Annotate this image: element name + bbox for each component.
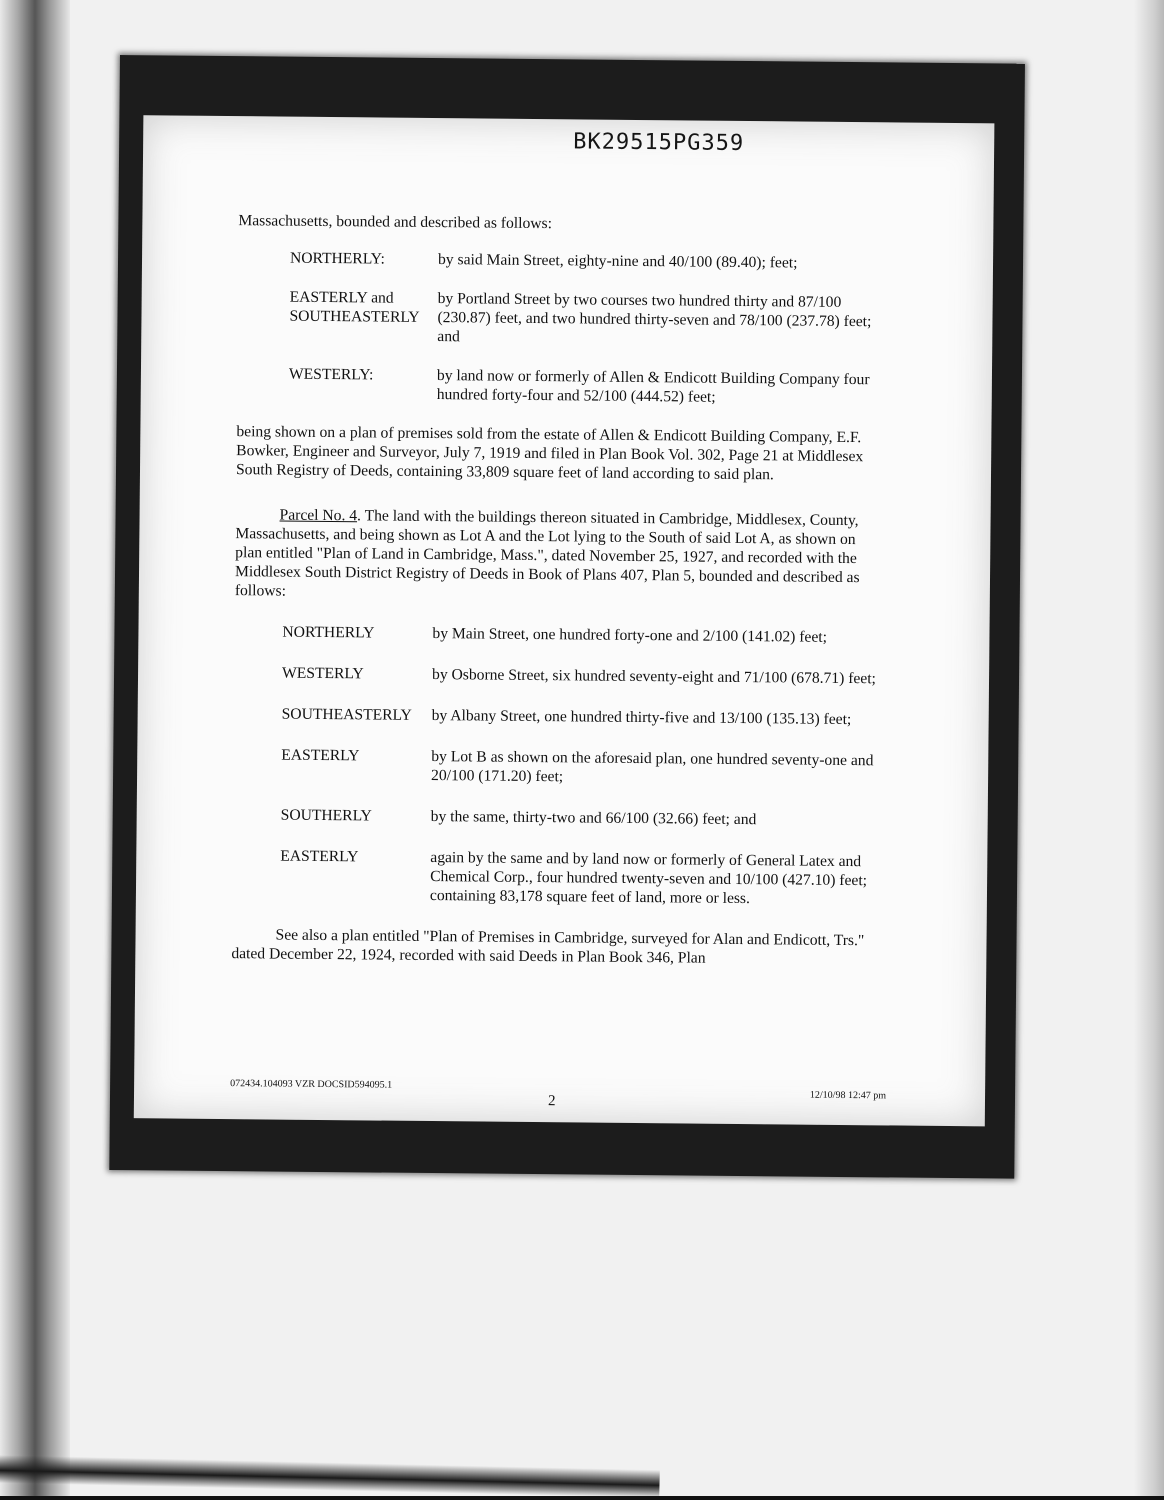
bound-description: by Osborne Street, six hundred seventy-e… xyxy=(432,665,882,688)
document-body: Massachusetts, bounded and described as … xyxy=(231,211,886,969)
bound-direction: EASTERLY and SOUTHEASTERLY xyxy=(289,288,438,346)
bound-direction: NORTHERLY: xyxy=(290,249,438,269)
bound-direction: EASTERLY xyxy=(281,746,431,785)
bound-row: SOUTHEASTERLY by Albany Street, one hund… xyxy=(282,705,882,730)
page-footer: 072434.104093 VZR DOCSID594095.1 2 12/10… xyxy=(230,1078,878,1124)
intro-text: Massachusetts, bounded and described as … xyxy=(238,211,886,236)
see-also-paragraph: See also a plan entitled "Plan of Premis… xyxy=(231,925,879,969)
bound-description: by Albany Street, one hundred thirty-fiv… xyxy=(432,706,882,729)
scan-bottom-edge xyxy=(0,1496,1164,1500)
bound-description: by land now or formerly of Allen & Endic… xyxy=(437,366,885,408)
bound-description: by Lot B as shown on the aforesaid plan,… xyxy=(431,747,881,789)
bound-direction: WESTERLY xyxy=(282,664,432,684)
parcel-4-paragraph: Parcel No. 4. The land with the building… xyxy=(235,505,884,606)
footer-doc-id: 072434.104093 VZR DOCSID594095.1 xyxy=(230,1078,392,1091)
bound-row: SOUTHERLY by the same, thirty-two and 66… xyxy=(281,806,881,831)
document-sheet: BK29515PG359 Massachusetts, bounded and … xyxy=(134,115,995,1126)
bound-row: EASTERLY and SOUTHEASTERLY by Portland S… xyxy=(289,288,886,351)
bound-description: by Portland Street by two courses two hu… xyxy=(437,289,886,350)
parcel-3-bounds: NORTHERLY: by said Main Street, eighty-n… xyxy=(289,249,886,409)
book-page-stamp: BK29515PG359 xyxy=(573,129,744,156)
bound-direction: SOUTHEASTERLY xyxy=(282,705,432,725)
bound-row: EASTERLY by Lot B as shown on the afores… xyxy=(281,746,881,790)
page-edge-shadow xyxy=(1134,0,1164,1500)
parcel-4-heading: Parcel No. 4 xyxy=(280,507,358,525)
bound-row: WESTERLY by Osborne Street, six hundred … xyxy=(282,664,882,689)
footer-timestamp: 12/10/98 12:47 pm xyxy=(810,1090,886,1102)
parcel-3-closing: being shown on a plan of premises sold f… xyxy=(236,422,885,485)
scan-shadow-streak xyxy=(0,1455,660,1498)
bound-row: EASTERLY again by the same and by land n… xyxy=(280,847,881,910)
bound-direction: WESTERLY: xyxy=(289,365,437,404)
scanned-page-frame: BK29515PG359 Massachusetts, bounded and … xyxy=(109,55,1025,1179)
bound-row: NORTHERLY by Main Street, one hundred fo… xyxy=(282,623,882,648)
bound-description: by the same, thirty-two and 66/100 (32.6… xyxy=(431,807,881,830)
bound-description: by said Main Street, eighty-nine and 40/… xyxy=(438,250,886,273)
bound-description: by Main Street, one hundred forty-one an… xyxy=(432,624,882,647)
parcel-4-bounds: NORTHERLY by Main Street, one hundred fo… xyxy=(280,623,883,910)
bound-row: NORTHERLY: by said Main Street, eighty-n… xyxy=(290,249,886,274)
page-number: 2 xyxy=(548,1093,556,1110)
bound-description: again by the same and by land now or for… xyxy=(430,848,881,909)
bound-direction: EASTERLY xyxy=(280,847,431,905)
binding-shadow xyxy=(0,0,70,1500)
bound-row: WESTERLY: by land now or formerly of All… xyxy=(289,365,885,409)
bound-direction: NORTHERLY xyxy=(282,623,432,643)
bound-direction: SOUTHERLY xyxy=(281,806,431,826)
see-also-text: See also a plan entitled "Plan of Premis… xyxy=(231,927,864,967)
